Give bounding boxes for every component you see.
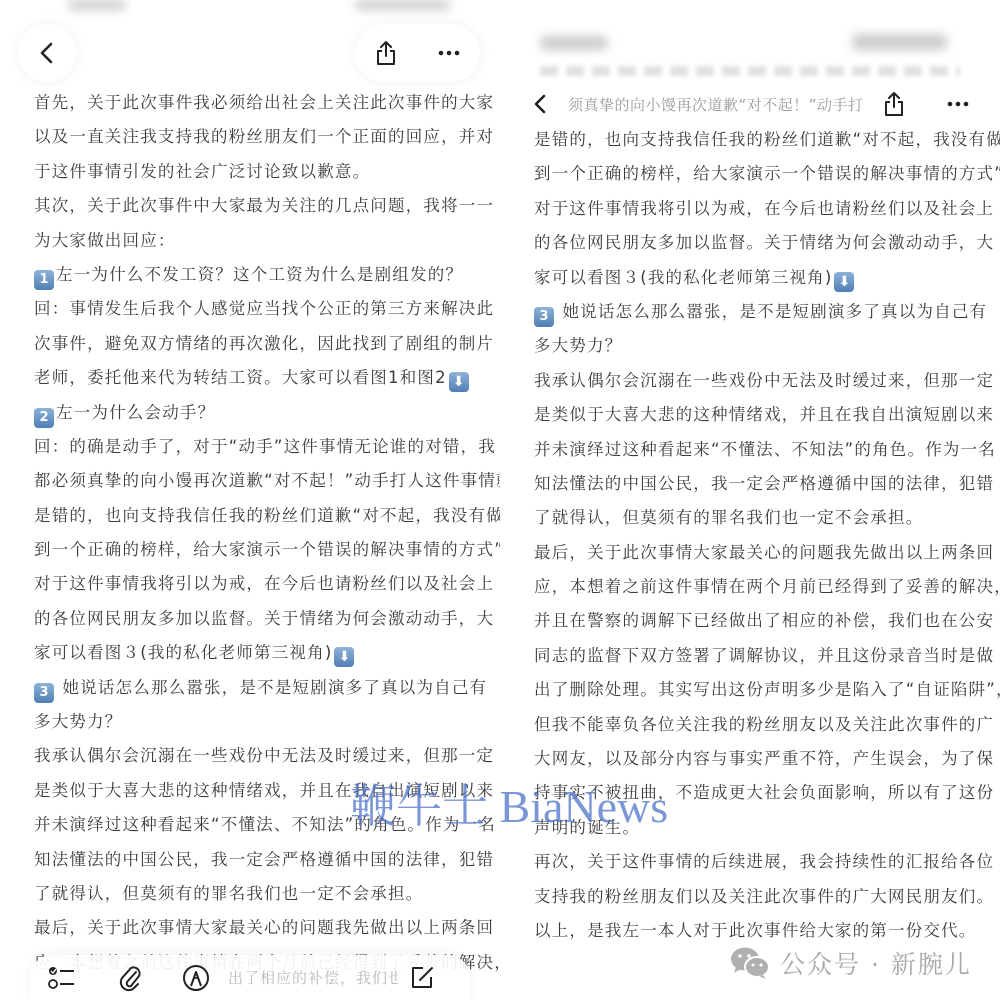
line-text: 回：事情发生后我个人感觉应当找个公正的第三方来解决此 [34, 299, 494, 318]
text-line: 于这件事情引发的社会广泛讨论致以歉意。 [34, 155, 474, 189]
text-line: 应，本想着之前这件事情在两个月前已经得到了妥善的解决， [534, 570, 974, 604]
line-text: 我承认偶尔会沉溺在一些戏份中无法及时缓过来，但那一定 [534, 371, 994, 390]
text-line: 并且在警察的调解下已经做出了相应的补偿，我们也在公安 [534, 604, 974, 638]
text-line: 对于这件事情我将引以为戒，在今后也请粉丝们以及社会上 [534, 192, 974, 226]
chevron-left-icon [37, 42, 57, 64]
text-line: 了就得认，但莫须有的罪名我们也一定不会承担。 [534, 501, 974, 535]
line-text: 是错的，也向支持我信任我的粉丝们道歉“对不起，我没有做 [34, 506, 500, 525]
line-text: 多大势力？ [34, 712, 123, 731]
scrolled-text-blur [540, 66, 960, 76]
more-horizontal-icon [947, 101, 969, 107]
line-text: 回：的确是动手了，对于“动手”这件事情无论谁的对错，我 [34, 437, 496, 456]
keycap-number-3-icon: 3 [534, 307, 554, 327]
nav-title: 须真挚的向小馒再次道歉“对不起！”动手打 [568, 94, 868, 115]
line-text: 并未演绎过这种看起来“不懂法、不知法”的角色。作为一名 [534, 440, 996, 459]
line-text: 支持我的粉丝朋友们以及关注此次事件的广大网民朋友们。 [534, 887, 994, 906]
toolbar-underlying-text: 出了相应的补偿，我们也在 [228, 967, 398, 988]
text-line: 的各位网民朋友多加以监督。关于情绪为何会激动动手，大 [534, 226, 974, 260]
text-line: 为大家做出回应： [34, 224, 474, 258]
status-carrier-blur [68, 0, 126, 10]
text-line: 我承认偶尔会沉溺在一些戏份中无法及时缓过来，但那一定 [34, 739, 474, 773]
text-line: 家可以看图３(我的私化老师第三视角)⬇ [34, 636, 474, 670]
watermark: 鞭牛士 BiaNews [350, 770, 668, 836]
left-screenshot-pane: 首先，关于此次事件我必须给出社会上关注此次事件的大家以及一直关注我支持我的粉丝朋… [0, 0, 500, 1000]
back-button[interactable] [18, 24, 76, 82]
text-line: 是错的，也向支持我信任我的粉丝们道歉“对不起，我没有做 [34, 499, 474, 533]
down-arrow-icon: ⬇ [834, 272, 854, 292]
text-line: 再次，关于这件事情的后续进展，我会持续性的汇报给各位 [534, 845, 974, 879]
bottom-toolbar: 出了相应的补偿，我们也在 [30, 955, 470, 1000]
down-arrow-icon: ⬇ [334, 647, 354, 667]
markup-pen-icon [182, 964, 210, 992]
checklist-button[interactable] [42, 958, 82, 998]
line-text: 左一为什么不发工资？这个工资为什么是剧组发的？ [56, 265, 463, 284]
line-text: 左一为什么会动手？ [56, 403, 215, 422]
text-line: 是错的，也向支持我信任我的粉丝们道歉“对不起，我没有做 [534, 123, 974, 157]
keycap-number-2-icon: 2 [34, 408, 54, 428]
status-carrier-blur [540, 36, 608, 50]
text-line: 2左一为什么会动手？ [34, 396, 474, 430]
share-button[interactable] [874, 84, 914, 124]
line-text: 次事件，避免双方情绪的再次激化，因此找到了剧组的制片 [34, 334, 494, 353]
text-line: 了就得认，但莫须有的罪名我们也一定不会承担。 [34, 877, 474, 911]
line-text: 到一个正确的榜样，给大家演示一个错误的解决事情的方式” [534, 164, 1000, 183]
note-body-text: 首先，关于此次事件我必须给出社会上关注此次事件的大家以及一直关注我支持我的粉丝朋… [34, 86, 474, 980]
share-icon [375, 40, 397, 66]
text-line: 老师，委托他来代为转结工资。大家可以看图1和图2⬇ [34, 361, 474, 395]
more-button[interactable] [938, 84, 978, 124]
right-screenshot-pane: 须真挚的向小馒再次道歉“对不起！”动手打 是错的，也向支持我信任我的粉丝们道歉“… [500, 0, 1000, 1000]
line-text: 以及一直关注我支持我的粉丝朋友们一个正面的回应，并对 [34, 127, 494, 146]
line-text: 的各位网民朋友多加以监督。关于情绪为何会激动动手，大 [34, 609, 494, 628]
line-text: 老师，委托他来代为转结工资。大家可以看图1和图2 [34, 368, 447, 387]
line-text: 了就得认，但莫须有的罪名我们也一定不会承担。 [534, 508, 923, 527]
line-text: 最后，关于此次事情大家最关心的问题我先做出以上两条回 [34, 918, 494, 937]
line-text: 其次，关于此次事件中大家最为关注的几点问题，我将一一 [34, 196, 494, 215]
text-line: 对于这件事情我将引以为戒，在今后也请粉丝们以及社会上 [34, 567, 474, 601]
line-text: 是错的，也向支持我信任我的粉丝们道歉“对不起，我没有做 [534, 130, 1000, 149]
text-line: 知法懂法的中国公民，我一定会严格遵循中国的法律，犯错 [534, 467, 974, 501]
text-line: 回：事情发生后我个人感觉应当找个公正的第三方来解决此 [34, 292, 474, 326]
checklist-icon [48, 965, 76, 991]
text-line: 以上，是我左一本人对于此次事件给大家的第一份交代。 [534, 914, 974, 948]
line-text: 出了删除处理。其实写出这份声明多少是陷入了“自证陷阱”， [534, 680, 1000, 699]
text-line: 同志的监督下双方签署了调解协议，并且这份录音当时是做 [534, 639, 974, 673]
line-text: 最后，关于此次事情大家最关心的问题我先做出以上两条回 [534, 543, 994, 562]
more-button[interactable] [429, 33, 469, 73]
line-text: 为大家做出回应： [34, 231, 176, 250]
keycap-number-3-icon: 3 [34, 683, 54, 703]
status-icons-blur [852, 34, 947, 50]
line-text: 都必须真挚的向小馒再次道歉“对不起！”动手打人这件事情就 [34, 471, 500, 490]
text-line: 最后，关于此次事情大家最关心的问题我先做出以上两条回 [34, 911, 474, 945]
line-text: 再次，关于这件事情的后续进展，我会持续性的汇报给各位 [534, 852, 994, 871]
line-text: 我承认偶尔会沉溺在一些戏份中无法及时缓过来，但那一定 [34, 746, 494, 765]
text-line: 3 她说话怎么那么嚣张，是不是短剧演多了真以为自己有 [534, 295, 974, 329]
line-text: 对于这件事情我将引以为戒，在今后也请粉丝们以及社会上 [534, 199, 994, 218]
text-line: 以及一直关注我支持我的粉丝朋友们一个正面的回应，并对 [34, 120, 474, 154]
line-text: 知法懂法的中国公民，我一定会严格遵循中国的法律，犯错 [34, 850, 494, 869]
wechat-official-account-signature: 公众号 · 新腕儿 [730, 945, 972, 981]
text-line: 并未演绎过这种看起来“不懂法、不知法”的角色。作为一名 [534, 433, 974, 467]
line-text: 知法懂法的中国公民，我一定会严格遵循中国的法律，犯错 [534, 474, 994, 493]
text-line: 但我不能辜负各位关注我的粉丝朋友以及关注此次事件的广 [534, 708, 974, 742]
text-line: 最后，关于此次事情大家最关心的问题我先做出以上两条回 [534, 536, 974, 570]
text-line: 我承认偶尔会沉溺在一些戏份中无法及时缓过来，但那一定 [534, 364, 974, 398]
share-button[interactable] [366, 33, 406, 73]
line-text: 了就得认，但莫须有的罪名我们也一定不会承担。 [34, 884, 423, 903]
text-line: 1左一为什么不发工资？这个工资为什么是剧组发的？ [34, 258, 474, 292]
line-text: 以上，是我左一本人对于此次事件给大家的第一份交代。 [534, 921, 977, 940]
keycap-number-1-icon: 1 [34, 270, 54, 290]
line-text: 首先，关于此次事件我必须给出社会上关注此次事件的大家 [34, 93, 494, 112]
line-text: 她说话怎么那么嚣张，是不是短剧演多了真以为自己有 [556, 302, 987, 321]
navigation-bar: 须真挚的向小馒再次道歉“对不起！”动手打 [528, 82, 982, 126]
text-line: 到一个正确的榜样，给大家演示一个错误的解决事情的方式” [534, 157, 974, 191]
line-text: 是类似于大喜大悲的这种情绪戏，并且在我自出演短剧以来 [534, 405, 994, 424]
text-line: 次事件，避免双方情绪的再次激化，因此找到了剧组的制片 [34, 327, 474, 361]
paperclip-icon [118, 964, 142, 992]
line-text: 对于这件事情我将引以为戒，在今后也请粉丝们以及社会上 [34, 574, 494, 593]
line-text: 大网友，以及部分内容与事实严重不符，产生误会，为了保 [534, 749, 994, 768]
text-line: 其次，关于此次事件中大家最为关注的几点问题，我将一一 [34, 189, 474, 223]
text-line: 都必须真挚的向小馒再次道歉“对不起！”动手打人这件事情就 [34, 464, 474, 498]
text-line: 知法懂法的中国公民，我一定会严格遵循中国的法律，犯错 [34, 843, 474, 877]
back-button[interactable] [528, 84, 552, 124]
attach-button[interactable] [110, 958, 150, 998]
text-line: 出了删除处理。其实写出这份声明多少是陷入了“自证陷阱”， [534, 673, 974, 707]
status-bar [500, 0, 1000, 60]
nav-actions-group [355, 24, 480, 82]
account-name: 公众号 · 新腕儿 [780, 945, 972, 981]
status-icons-blur [355, 0, 450, 10]
text-line: 的各位网民朋友多加以监督。关于情绪为何会激动动手，大 [34, 602, 474, 636]
down-arrow-icon: ⬇ [449, 372, 469, 392]
line-text: 但我不能辜负各位关注我的粉丝朋友以及关注此次事件的广 [534, 715, 994, 734]
text-line: 多大势力？ [34, 705, 474, 739]
markup-button[interactable] [176, 958, 216, 998]
line-text: 家可以看图３(我的私化老师第三视角) [534, 268, 832, 287]
text-line: 家可以看图３(我的私化老师第三视角)⬇ [534, 261, 974, 295]
wechat-icon [730, 946, 770, 980]
text-line: 回：的确是动手了，对于“动手”这件事情无论谁的对错，我 [34, 430, 474, 464]
more-horizontal-icon [438, 50, 460, 56]
line-text: 到一个正确的榜样，给大家演示一个错误的解决事情的方式” [34, 540, 500, 559]
share-icon [883, 91, 905, 117]
chevron-left-icon [532, 94, 548, 114]
text-line: 首先，关于此次事件我必须给出社会上关注此次事件的大家 [34, 86, 474, 120]
line-text: 应，本想着之前这件事情在两个月前已经得到了妥善的解决， [534, 577, 1000, 596]
text-line: 支持我的粉丝朋友们以及关注此次事件的广大网民朋友们。 [534, 880, 974, 914]
line-text: 同志的监督下双方签署了调解协议，并且这份录音当时是做 [534, 646, 994, 665]
line-text: 于这件事情引发的社会广泛讨论致以歉意。 [34, 162, 370, 181]
text-line: 多大势力？ [534, 329, 974, 363]
line-text: 并且在警察的调解下已经做出了相应的补偿，我们也在公安 [534, 611, 994, 630]
line-text: 的各位网民朋友多加以监督。关于情绪为何会激动动手，大 [534, 233, 994, 252]
compose-icon [409, 965, 435, 991]
text-line: 3 她说话怎么那么嚣张，是不是短剧演多了真以为自己有 [34, 671, 474, 705]
line-text: 家可以看图３(我的私化老师第三视角) [34, 643, 332, 662]
text-line: 到一个正确的榜样，给大家演示一个错误的解决事情的方式” [34, 533, 474, 567]
line-text: 多大势力？ [534, 336, 623, 355]
line-text: 她说话怎么那么嚣张，是不是短剧演多了真以为自己有 [56, 678, 487, 697]
text-line: 是类似于大喜大悲的这种情绪戏，并且在我自出演短剧以来 [534, 398, 974, 432]
compose-button[interactable] [402, 958, 442, 998]
